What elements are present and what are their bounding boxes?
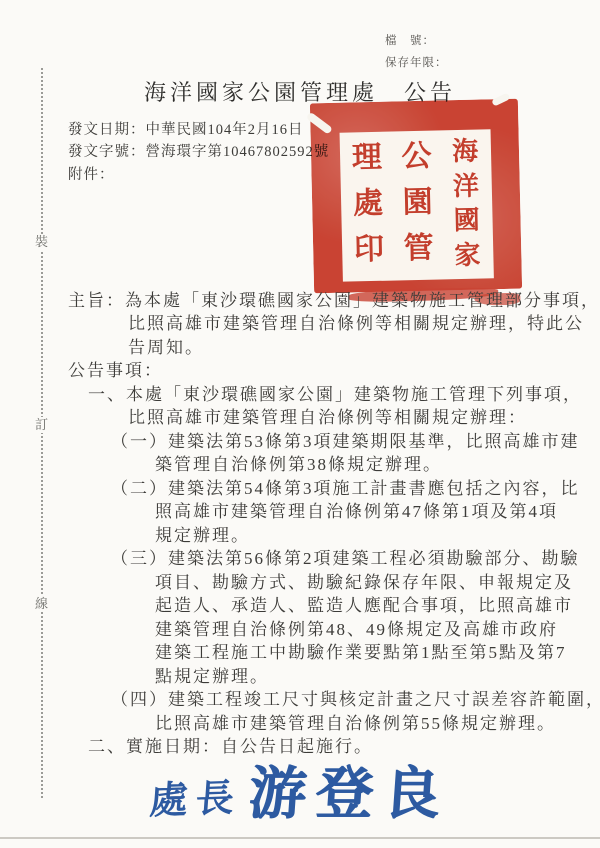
binding-dotted-line	[41, 68, 43, 798]
doc-info: 發文日期：中華民國104年2月16日 發文字號：營海環字第10467802592…	[68, 119, 329, 186]
seal-edge-nick	[306, 112, 333, 135]
director-name: 游登良	[246, 748, 453, 830]
body-line: （二）建築法第54條第3項施工計畫書應包括之內容，比	[111, 477, 568, 501]
body-line: 項目、勘驗方式、勘驗紀錄保存年限、申報規定及	[155, 571, 568, 595]
body-line: 公告事項：	[68, 359, 568, 383]
issue-date-line: 發文日期：中華民國104年2月16日	[68, 119, 329, 141]
retention-period-label: 保存年限：	[385, 52, 448, 74]
body-line: 比照高雄市建築管理自治條例等相關規定辦理：	[128, 406, 568, 430]
document-page: 裝 訂 線 檔 號： 保存年限： 海洋國家公園管理處 公告 發文日期：中華民國1…	[0, 0, 600, 848]
issue-number-line: 發文字號：營海環字第10467802592號	[68, 141, 329, 163]
body-line: 一、本處「東沙環礁國家公園」建築物施工管理下列事項，	[88, 383, 568, 407]
director-title: 處長	[148, 766, 244, 824]
binding-mark-xian: 線	[33, 596, 50, 612]
body-line: 築管理自治條例第38條規定辦理。	[155, 453, 568, 477]
body-line: 建築管理自治條例第48、49條規定及高雄市政府	[155, 618, 568, 642]
official-seal: 海洋國家 公園管 理處印	[310, 99, 522, 294]
seal-text-column-right: 海洋國家	[448, 134, 485, 276]
binding-mark-zhuang: 裝	[33, 234, 50, 250]
body-line: 主旨：為本處「東沙環礁國家公園」建築物施工管理部分事項，	[68, 289, 568, 313]
body-line: 比照高雄市建築管理自治條例等相關規定辦理，特此公	[128, 312, 568, 336]
body-line: 比照高雄市建築管理自治條例第55條規定辦理。	[155, 712, 568, 736]
file-number-label: 檔 號：	[385, 30, 448, 52]
header-meta: 檔 號： 保存年限：	[385, 30, 448, 74]
body-line: 建築工程施工中勘驗作業要點第1點至第5點及第7	[155, 641, 568, 665]
binding-mark-ding: 訂	[33, 417, 50, 433]
scan-artifact-line	[0, 837, 600, 839]
body-line: 起造人、承造人、監造人應配合事項，比照高雄市	[155, 594, 568, 618]
seal-text-column-left: 理處印	[348, 135, 387, 279]
seal-inner-panel: 海洋國家 公園管 理處印	[340, 129, 494, 281]
body-line: 點規定辦理。	[155, 665, 568, 689]
announcement-body: 主旨：為本處「東沙環礁國家公園」建築物施工管理部分事項， 比照高雄市建築管理自治…	[68, 289, 568, 759]
body-line: 告周知。	[128, 336, 568, 360]
director-signature: 處長 游登良	[0, 746, 600, 832]
body-line: （一）建築法第53條第3項建築期限基準，比照高雄市建	[111, 430, 568, 454]
body-line: （三）建築法第56條第2項建築工程必須勘驗部分、勘驗	[111, 547, 568, 571]
seal-text-column-middle: 公園管	[398, 134, 437, 278]
body-line: 規定辦理。	[155, 524, 568, 548]
attachment-line: 附件：	[68, 164, 329, 186]
body-line: （四）建築工程竣工尺寸與核定計畫之尺寸誤差容許範圍，	[111, 688, 568, 712]
body-line: 照高雄市建築管理自治條例第47條第1項及第4項	[155, 500, 568, 524]
